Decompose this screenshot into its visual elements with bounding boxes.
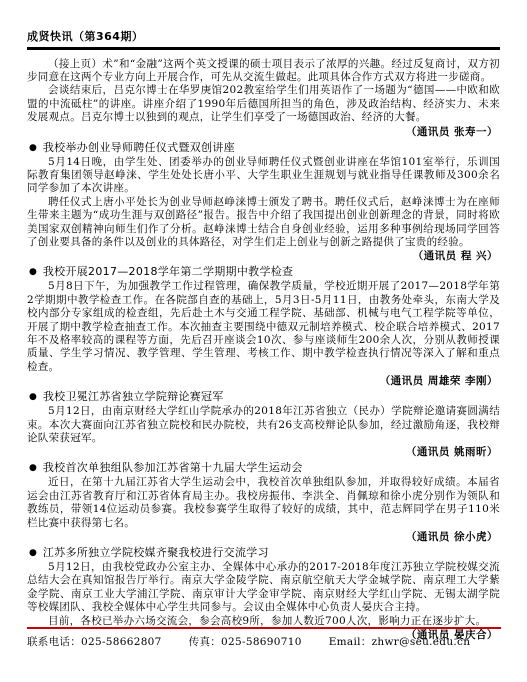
intro-paragraph: 会谈结束后，吕克尔博士在华罗庚馆202教室给学生们用英语作了一场题为“德国——中…: [27, 84, 500, 124]
article-midterm-teaching-check: ● 我校开展2017—2018学年第二学期期中教学检查 5月8日下午，为加强教学…: [27, 265, 500, 388]
footer: 联系电话：025-58662807 传真：025-58690710 Email：…: [27, 627, 501, 649]
article-title: 我校卫冕江苏省独立学院辩论赛冠军: [43, 390, 224, 404]
article-paragraph: 5月12日，由我校党政办公室主办、全媒体中心承办的2017-2018年度江苏独立…: [27, 561, 500, 615]
article-title: 我校首次单独组队参加江苏省第十九届大学生运动会: [43, 461, 303, 475]
bullet-icon: ●: [29, 265, 37, 279]
article-title: 我校开展2017—2018学年第二学期期中教学检查: [43, 265, 294, 279]
footer-fax-label: 传真：: [189, 636, 221, 648]
article-title-row: ● 我校开展2017—2018学年第二学期期中教学检查: [27, 265, 500, 279]
masthead-title: 成贤快讯（第364期）: [27, 30, 500, 44]
correspondent-byline: （通讯员 程 兴）: [27, 249, 498, 263]
article-title-row: ● 我校卫冕江苏省独立学院辩论赛冠军: [27, 390, 500, 404]
article-title-row: ● 我校举办创业导师聘任仪式暨双创讲座: [27, 141, 500, 155]
article-provincial-games: ● 我校首次单独组队参加江苏省第十九届大学生运动会 近日，在第十九届江苏省大学生…: [27, 461, 500, 544]
correspondent-byline: （通讯员 周雄荣 李刚）: [27, 374, 498, 388]
article-title: 我校举办创业导师聘任仪式暨双创讲座: [43, 141, 235, 155]
footer-contact-row: 联系电话：025-58662807 传真：025-58690710 Email：…: [27, 635, 501, 649]
intro-paragraph: （接上页）术”和“金融”这两个英文授课的硕士项目表示了浓厚的兴趣。经过反复商讨，…: [27, 58, 500, 85]
correspondent-byline: （通讯员 张寿一）: [27, 125, 498, 139]
bullet-icon: ●: [29, 390, 37, 404]
footer-email: Email：zhwr@seu.edu.cn: [329, 635, 471, 649]
newsletter-page: 成贤快讯（第364期） （接上页）术”和“金融”这两个英文授课的硕士项目表示了浓…: [0, 0, 527, 682]
bullet-icon: ●: [29, 461, 37, 475]
correspondent-byline: （通讯员 徐小虎）: [27, 530, 498, 544]
footer-email-value: zhwr@seu.edu.cn: [372, 636, 471, 648]
footer-phone-value: 025-58662807: [81, 636, 162, 648]
footer-phone-label: 联系电话：: [27, 636, 81, 648]
correspondent-byline: （通讯员 姚雨昕）: [27, 445, 498, 459]
footer-fax: 传真：025-58690710: [189, 635, 302, 649]
footer-email-label: Email：: [329, 636, 372, 648]
article-paragraph: 5月14日晚，由学生处、团委举办的创业导师聘任仪式暨创业讲座在华馆101室举行，…: [27, 156, 500, 196]
article-paragraph: 5月8日下午，为加强教学工作过程管理，确保教学质量，学校近期开展了2017—20…: [27, 280, 500, 374]
bullet-icon: ●: [29, 546, 37, 560]
article-title: 江苏多所独立学院校媒齐聚我校进行交流学习: [43, 546, 269, 560]
article-paragraph: 聘任仪式上唐小平处长为创业导师赵峥涞博士颁发了聘书。聘任仪式后，赵峥涞博士为在座…: [27, 196, 500, 250]
masthead-rule: [27, 47, 500, 50]
article-paragraph: 近日，在第十九届江苏省大学生运动会中，我校首次单独组队参加，并取得较好成绩。本届…: [27, 476, 500, 530]
article-entrepreneur-lecture: ● 我校举办创业导师聘任仪式暨双创讲座 5月14日晚，由学生处、团委举办的创业导…: [27, 141, 500, 264]
bullet-icon: ●: [29, 141, 37, 155]
footer-phone: 联系电话：025-58662807: [27, 635, 162, 649]
article-title-row: ● 江苏多所独立学院校媒齐聚我校进行交流学习: [27, 546, 500, 560]
intro-section: （接上页）术”和“金融”这两个英文授课的硕士项目表示了浓厚的兴趣。经过反复商讨，…: [27, 58, 500, 139]
footer-rule: [27, 627, 501, 629]
article-paragraph: 5月12日，由南京财经大学红山学院承办的2018年江苏省独立（民办）学院辩论邀请…: [27, 405, 500, 445]
article-debate-champion: ● 我校卫冕江苏省独立学院辩论赛冠军 5月12日，由南京财经大学红山学院承办的2…: [27, 390, 500, 459]
article-title-row: ● 我校首次单独组队参加江苏省第十九届大学生运动会: [27, 461, 500, 475]
footer-fax-value: 025-58690710: [221, 636, 302, 648]
